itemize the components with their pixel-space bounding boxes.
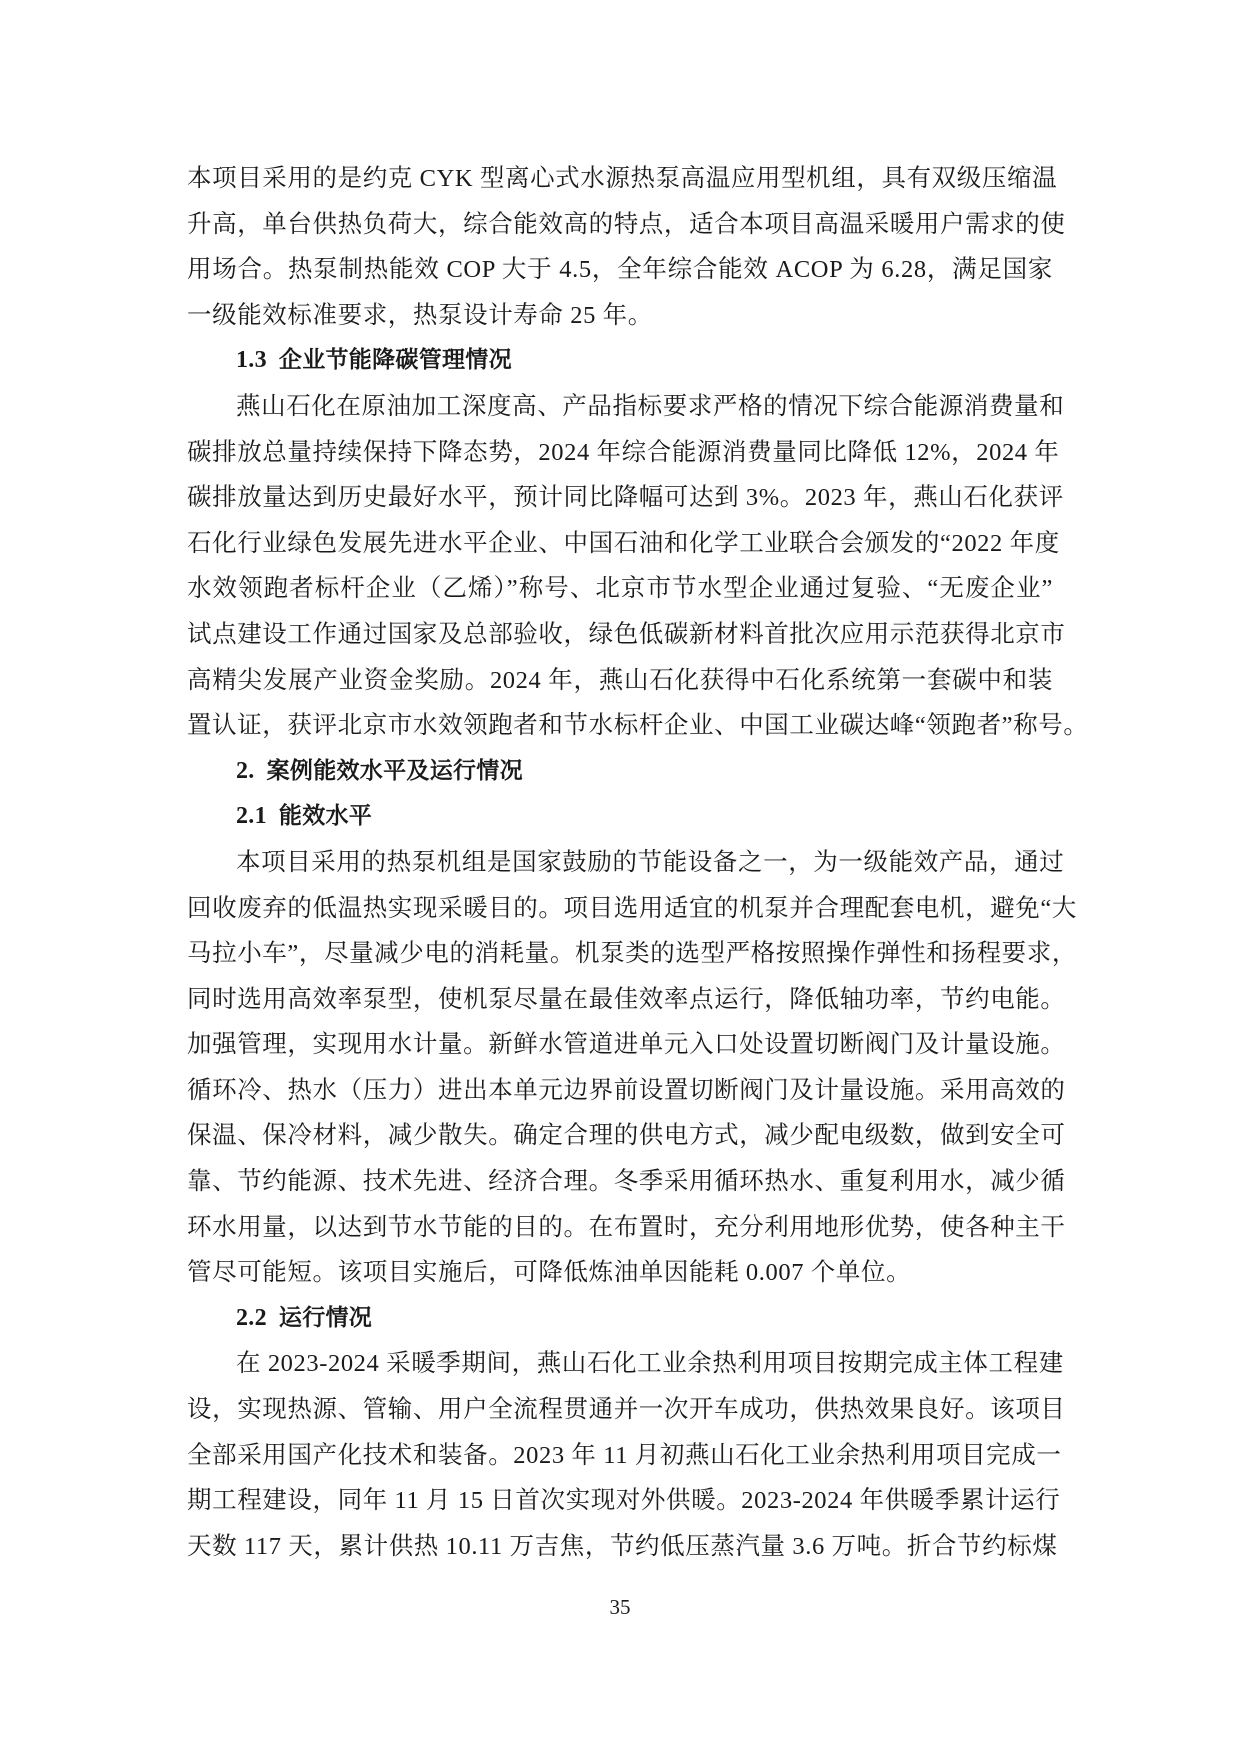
text-line: 天数 117 天，累计供热 10.11 万吉焦，节约低压蒸汽量 3.6 万吨。折… — [187, 1524, 1053, 1570]
text-line: 全部采用国产化技术和装备。2023 年 11 月初燕山石化工业余热利用项目完成一 — [187, 1433, 1053, 1479]
text-line: 碳排放总量持续保持下降态势，2024 年综合能源消费量同比降低 12%，2024… — [187, 430, 1053, 476]
text-line: 用场合。热泵制热能效 COP 大于 4.5，全年综合能效 ACOP 为 6.28… — [187, 247, 1053, 293]
text-line: 设，实现热源、管输、用户全流程贯通并一次开车成功，供热效果良好。该项目 — [187, 1387, 1053, 1433]
section-heading-1-3: 1.3企业节能降碳管理情况 — [187, 338, 1053, 384]
text-line: 同时选用高效率泵型，使机泵尽量在最佳效率点运行，降低轴功率，节约电能。 — [187, 977, 1053, 1023]
text-line: 管尽可能短。该项目实施后，可降低炼油单因能耗 0.007 个单位。 — [187, 1250, 1053, 1296]
text-line: 石化行业绿色发展先进水平企业、中国石油和化学工业联合会颁发的“2022 年度 — [187, 521, 1053, 567]
text-line: 期工程建设，同年 11 月 15 日首次实现对外供暖。2023-2024 年供暖… — [187, 1478, 1053, 1524]
heading-number: 2.1 — [236, 803, 267, 829]
text-line: 在 2023-2024 采暖季期间，燕山石化工业余热利用项目按期完成主体工程建 — [187, 1341, 1053, 1387]
section-heading-2: 2.案例能效水平及运行情况 — [187, 749, 1053, 795]
heading-title: 案例能效水平及运行情况 — [267, 758, 523, 784]
document-body: 本项目采用的是约克 CYK 型离心式水源热泵高温应用型机组，具有双级压缩温 升高… — [187, 156, 1053, 1569]
paragraph-operation-status: 在 2023-2024 采暖季期间，燕山石化工业余热利用项目按期完成主体工程建 … — [187, 1341, 1053, 1569]
text-line: 升高，单台供热负荷大，综合能效高的特点，适合本项目高温采暖用户需求的使 — [187, 202, 1053, 248]
heading-number: 2.2 — [236, 1305, 267, 1331]
page-number: 35 — [0, 1595, 1240, 1620]
heading-title: 运行情况 — [279, 1305, 372, 1331]
text-line: 一级能效标准要求，热泵设计寿命 25 年。 — [187, 293, 1053, 339]
text-line: 置认证，获评北京市水效领跑者和节水标杆企业、中国工业碳达峰“领跑者”称号。 — [187, 703, 1053, 749]
text-line: 燕山石化在原油加工深度高、产品指标要求严格的情况下综合能源消费量和 — [187, 384, 1053, 430]
document-page: 本项目采用的是约克 CYK 型离心式水源热泵高温应用型机组，具有双级压缩温 升高… — [0, 0, 1240, 1753]
text-line: 回收废弃的低温热实现采暖目的。项目选用适宜的机泵并合理配套电机，避免“大 — [187, 886, 1053, 932]
section-heading-2-2: 2.2运行情况 — [187, 1296, 1053, 1342]
paragraph-energy-carbon-management: 燕山石化在原油加工深度高、产品指标要求严格的情况下综合能源消费量和 碳排放总量持… — [187, 384, 1053, 749]
text-line: 环水用量，以达到节水节能的目的。在布置时，充分利用地形优势，使各种主干 — [187, 1205, 1053, 1251]
text-line: 水效领跑者标杆企业（乙烯）”称号、北京市节水型企业通过复验、“无废企业” — [187, 566, 1053, 612]
text-line: 碳排放量达到历史最好水平，预计同比降幅可达到 3%。2023 年，燕山石化获评 — [187, 475, 1053, 521]
paragraph-energy-efficiency: 本项目采用的热泵机组是国家鼓励的节能设备之一，为一级能效产品，通过 回收废弃的低… — [187, 840, 1053, 1296]
paragraph-heat-pump-spec: 本项目采用的是约克 CYK 型离心式水源热泵高温应用型机组，具有双级压缩温 升高… — [187, 156, 1053, 338]
heading-title: 企业节能降碳管理情况 — [279, 347, 512, 373]
text-line: 本项目采用的是约克 CYK 型离心式水源热泵高温应用型机组，具有双级压缩温 — [187, 156, 1053, 202]
text-line: 保温、保冷材料，减少散失。确定合理的供电方式，减少配电级数，做到安全可 — [187, 1113, 1053, 1159]
text-line: 高精尖发展产业资金奖励。2024 年，燕山石化获得中石化系统第一套碳中和装 — [187, 658, 1053, 704]
text-line: 马拉小车”，尽量减少电的消耗量。机泵类的选型严格按照操作弹性和扬程要求， — [187, 931, 1053, 977]
text-line: 加强管理，实现用水计量。新鲜水管道进单元入口处设置切断阀门及计量设施。 — [187, 1022, 1053, 1068]
heading-title: 能效水平 — [279, 803, 372, 829]
heading-number: 2. — [236, 758, 255, 784]
text-line: 本项目采用的热泵机组是国家鼓励的节能设备之一，为一级能效产品，通过 — [187, 840, 1053, 886]
heading-number: 1.3 — [236, 347, 267, 373]
text-line: 循环冷、热水（压力）进出本单元边界前设置切断阀门及计量设施。采用高效的 — [187, 1068, 1053, 1114]
text-line: 靠、节约能源、技术先进、经济合理。冬季采用循环热水、重复利用水，减少循 — [187, 1159, 1053, 1205]
section-heading-2-1: 2.1能效水平 — [187, 794, 1053, 840]
text-line: 试点建设工作通过国家及总部验收，绿色低碳新材料首批次应用示范获得北京市 — [187, 612, 1053, 658]
